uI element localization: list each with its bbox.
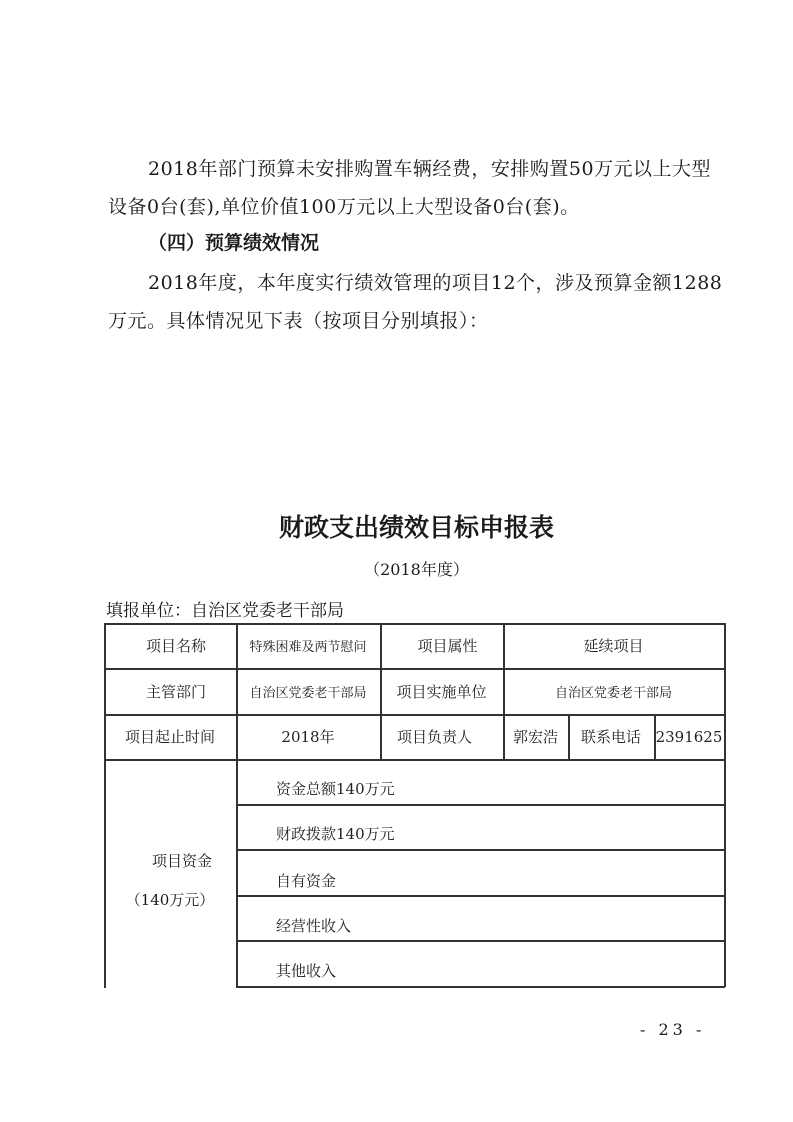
- funds-item-fiscal: 财政拨款140万元: [276, 813, 716, 853]
- page-number: - 23 -: [640, 1020, 705, 1039]
- period-value: 2018年: [236, 714, 380, 759]
- project-attr-value: 延续项目: [503, 623, 724, 668]
- grid-line: [724, 623, 726, 987]
- funds-item-total: 资金总额140万元: [276, 768, 716, 808]
- funds-label: 项目资金: [104, 850, 236, 871]
- reporting-unit: 填报单位：自治区党委老干部局: [106, 596, 344, 621]
- form-subtitle: （2018年度）: [0, 557, 793, 580]
- impl-unit-value: 自治区党委老干部局: [503, 668, 724, 714]
- dept-value: 自治区党委老干部局: [236, 668, 380, 714]
- funds-label-amount: （140万元）: [104, 889, 236, 910]
- impl-unit-label: 项目实施单位: [380, 668, 503, 714]
- dept-label: 主管部门: [104, 668, 236, 714]
- owner-label: 项目负责人: [380, 714, 503, 759]
- funds-item-other: 其他收入: [276, 950, 716, 990]
- funds-item-self: 自有资金: [276, 860, 716, 900]
- project-attr-label: 项目属性: [380, 623, 503, 668]
- form-title: 财政支出绩效目标申报表: [0, 508, 793, 544]
- phone-value: 2391625: [654, 714, 724, 759]
- paragraph-equipment: 2018年部门预算未安排购置车辆经费，安排购置50万元以上大型设备0台(套),单…: [108, 150, 724, 226]
- funds-item-operating: 经营性收入: [276, 905, 716, 945]
- project-name-value: 特殊困难及两节慰问: [236, 623, 380, 668]
- section-heading-performance: （四）预算绩效情况: [148, 228, 319, 255]
- paragraph-performance: 2018年度，本年度实行绩效管理的项目12个，涉及预算金额1288万元。具体情况…: [108, 264, 724, 340]
- period-label: 项目起止时间: [104, 714, 236, 759]
- owner-value: 郭宏浩: [503, 714, 568, 759]
- grid-line: [104, 759, 725, 761]
- phone-label: 联系电话: [568, 714, 654, 759]
- project-name-label: 项目名称: [104, 623, 236, 668]
